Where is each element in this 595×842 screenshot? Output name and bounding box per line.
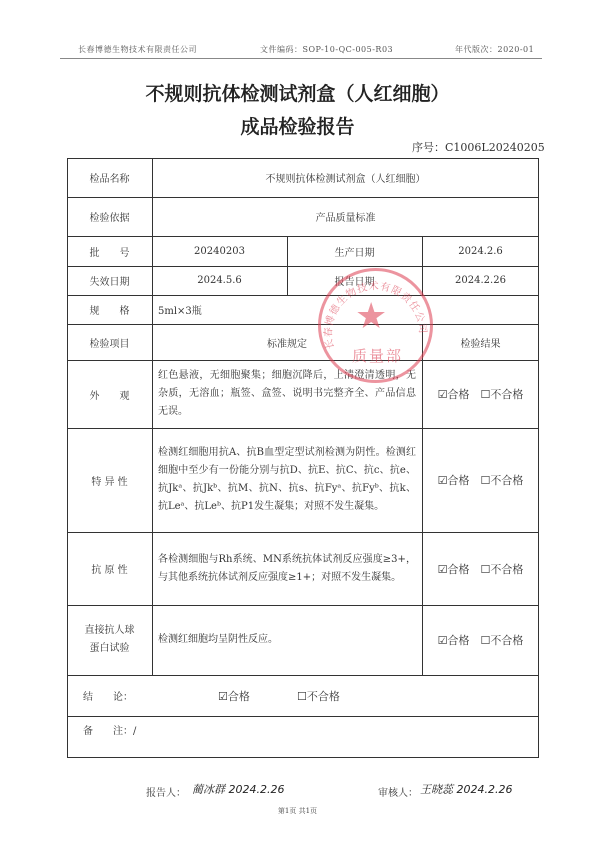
test-result-appearance[interactable]: ☑合格 ☐不合格 <box>422 360 539 428</box>
remarks: 备 注：/ <box>83 716 283 742</box>
test-item-antigenicity: 抗 原 性 <box>67 532 152 605</box>
reporter-label: 报告人： <box>146 784 186 799</box>
report-subtitle: 成品检验报告 <box>0 112 595 139</box>
column-header-standard: 标准规定 <box>152 324 422 360</box>
report-date-value: 2024.2.26 <box>422 266 539 295</box>
test-item-appearance: 外 观 <box>67 360 152 428</box>
column-header-item: 检验项目 <box>67 324 152 360</box>
batch-label: 批 号 <box>67 236 152 266</box>
page-number: 第1页 共1页 <box>0 806 595 816</box>
conclusion-fail-checkbox[interactable]: ☐不合格 <box>297 675 377 716</box>
expiry-value: 2024.5.6 <box>152 266 287 295</box>
spec-value: 5ml×3瓶 <box>158 295 538 324</box>
test-item-specificity: 特 异 性 <box>67 428 152 532</box>
mfg-date-label: 生产日期 <box>287 236 422 266</box>
test-result-specificity[interactable]: ☑合格 ☐不合格 <box>422 428 539 532</box>
reviewer-label: 审核人： <box>378 784 418 799</box>
test-standard-dat: 检测红细胞均呈阴性反应。 <box>152 605 422 675</box>
product-name-value: 不规则抗体检测试剂盒（人红细胞） <box>152 158 539 197</box>
reviewer-signature: 王晓蕊 2024.2.26 <box>420 781 512 797</box>
test-item-dat: 直接抗人球蛋白试验 <box>67 605 152 675</box>
header-divider <box>60 58 542 59</box>
report-date-label: 报告日期 <box>287 266 422 295</box>
document-code: 文件编码：SOP-10-QC-005-R03 <box>260 44 393 55</box>
test-result-antigenicity[interactable]: ☑合格 ☐不合格 <box>422 532 539 605</box>
test-standard-antigenicity: 各检测细胞与Rh系统、MN系统抗体试剂反应强度≥3+，与其他系统抗体试剂反应强度… <box>152 532 422 605</box>
column-header-result: 检验结果 <box>422 324 539 360</box>
expiry-label: 失效日期 <box>67 266 152 295</box>
test-standard-specificity: 检测红细胞用抗A、抗B血型定型试剂检测为阴性。检测红细胞中至少有一份能分别与抗D… <box>152 428 422 532</box>
product-name-label: 检品名称 <box>67 158 152 197</box>
mfg-date-value: 2024.2.6 <box>422 236 539 266</box>
batch-value: 20240203 <box>152 236 287 266</box>
reporter-signature: 蔺冰群 2024.2.26 <box>192 781 284 797</box>
basis-label: 检验依据 <box>67 197 152 236</box>
conclusion-label: 结 论： <box>83 675 203 716</box>
report-title: 不规则抗体检测试剂盒（人红细胞） <box>0 79 595 106</box>
spec-label: 规 格 <box>67 295 152 324</box>
company-name: 长春博德生物技术有限责任公司 <box>78 44 197 55</box>
version: 年代版次：2020-01 <box>455 44 534 55</box>
serial-number: 序号：C1006L20240205 <box>412 139 545 155</box>
conclusion-pass-checkbox[interactable]: ☑合格 <box>218 675 298 716</box>
basis-value: 产品质量标准 <box>152 197 539 236</box>
test-result-dat[interactable]: ☑合格 ☐不合格 <box>422 605 539 675</box>
test-standard-appearance: 红色悬液，无细胞聚集；细胞沉降后，上清澄清透明，无杂质，无溶血；瓶签、盒签、说明… <box>152 360 422 428</box>
